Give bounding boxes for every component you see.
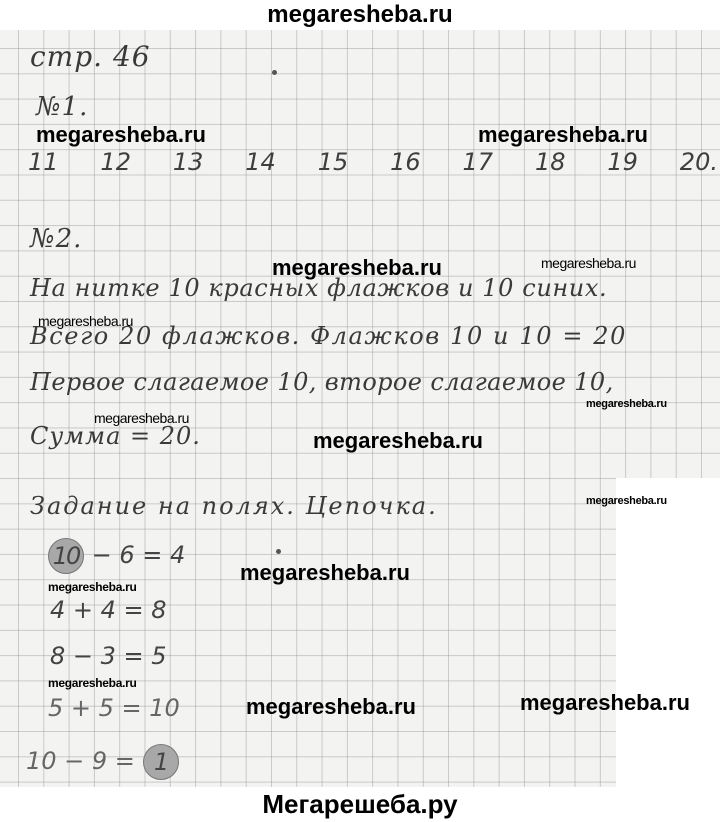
number-17: 17 — [463, 148, 494, 176]
number-19: 19 — [607, 148, 638, 176]
task1-number-row: 11 12 13 14 15 16 17 18 19 20. — [28, 148, 718, 176]
watermark: megaresheba.ru — [240, 560, 410, 586]
chain-step-4: 5 + 5 = 10 — [48, 694, 180, 722]
page-cutout — [616, 478, 720, 787]
number-15: 15 — [318, 148, 349, 176]
site-footer: Мегарешеба.ру — [0, 787, 720, 822]
number-12: 12 — [100, 148, 131, 176]
chain-step-2: 4 + 4 = 8 — [50, 596, 167, 624]
chain-step-3: 8 − 3 = 5 — [50, 642, 167, 670]
chain-step-1-rest: − 6 = 4 — [84, 541, 185, 569]
circled-result-number: 1 — [143, 744, 179, 780]
task2-label: №2. — [30, 224, 82, 254]
pencil-dot — [276, 549, 281, 554]
watermark: megaresheba.ru — [586, 398, 667, 410]
number-11: 11 — [28, 148, 59, 176]
number-16: 16 — [390, 148, 421, 176]
number-20: 20. — [680, 148, 718, 176]
number-18: 18 — [535, 148, 566, 176]
watermark: megaresheba.ru — [520, 690, 690, 716]
watermark: megaresheba.ru — [313, 428, 483, 454]
watermark: megaresheba.ru — [541, 255, 636, 271]
number-13: 13 — [173, 148, 204, 176]
watermark: megaresheba.ru — [478, 122, 648, 148]
chain-step-5: 10 − 9 = 1 — [26, 744, 179, 780]
watermark: megaresheba.ru — [48, 580, 137, 594]
site-header: megaresheba.ru — [0, 0, 720, 30]
chain-step-5-expr: 10 − 9 = — [26, 747, 143, 775]
watermark: megaresheba.ru — [38, 313, 133, 329]
watermark: megaresheba.ru — [272, 255, 442, 281]
pencil-dot — [272, 70, 277, 75]
task1-label: №1. — [36, 92, 88, 122]
watermark: megaresheba.ru — [586, 495, 667, 507]
chain-step-1: 10 − 6 = 4 — [48, 538, 185, 574]
watermark: megaresheba.ru — [36, 122, 206, 148]
task2-line-4: Сумма = 20. — [30, 422, 201, 450]
task2-line-3: Первое слагаемое 10, второе слагаемое 10… — [30, 368, 614, 396]
page-heading: стр. 46 — [30, 40, 151, 73]
watermark: megaresheba.ru — [94, 410, 189, 426]
circled-start-number: 10 — [48, 538, 84, 574]
watermark: megaresheba.ru — [48, 676, 137, 690]
margin-task-title: Задание на полях. Цепочка. — [30, 492, 438, 520]
number-14: 14 — [245, 148, 276, 176]
watermark: megaresheba.ru — [246, 694, 416, 720]
